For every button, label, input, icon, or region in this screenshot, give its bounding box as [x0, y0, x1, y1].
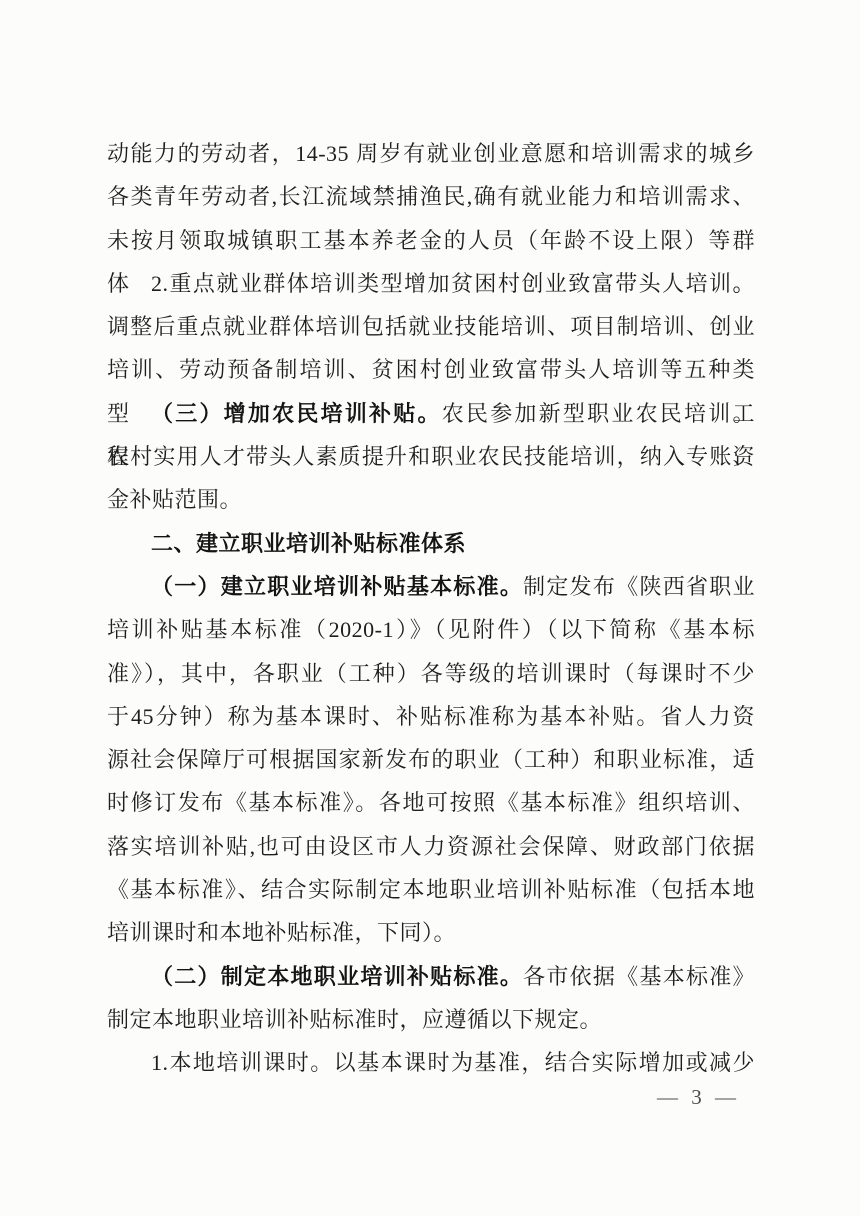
doc-line-13: 准》），其中，各职业（工种）各等级的培训课时（每课时不少 — [107, 652, 755, 695]
doc-line-20: （二）制定本地职业培训补贴标准。各市依据《基本标准》 — [107, 955, 755, 998]
doc-line-4: 2.重点就业群体培训类型增加贫困村创业致富带头人培训。 — [107, 262, 755, 305]
doc-line-7: （三）增加农民培训补贴。农民参加新型职业农民培训工程、 — [107, 392, 755, 435]
doc-line-5: 调整后重点就业群体培训包括就业技能培训、项目制培训、创业 — [107, 305, 755, 348]
doc-line-19: 培训课时和本地补贴标准，下同）。 — [107, 911, 755, 954]
doc-line-17: 落实培训补贴,也可由设区市人力资源社会保障、财政部门依据 — [107, 825, 755, 868]
doc-line-3: 未按月领取城镇职工基本养老金的人员（年龄不设上限）等群体。 — [107, 219, 755, 262]
doc-line-1: 动能力的劳动者，14-35 周岁有就业创业意愿和培训需求的城乡 — [107, 132, 755, 175]
doc-line-22: 1.本地培训课时。以基本课时为基准，结合实际增加或减少 — [107, 1041, 755, 1084]
doc-line-16: 时修订发布《基本标准》。各地可按照《基本标准》组织培训、 — [107, 781, 755, 824]
document-page: 动能力的劳动者，14-35 周岁有就业创业意愿和培训需求的城乡 各类青年劳动者,… — [0, 0, 860, 1216]
doc-line-14: 于45分钟）称为基本课时、补贴标准称为基本补贴。省人力资 — [107, 695, 755, 738]
doc-line-9: 金补贴范围。 — [107, 478, 755, 521]
doc-line-8: 农村实用人才带头人素质提升和职业农民技能培训，纳入专账资 — [107, 435, 755, 478]
doc-line-18: 《基本标准》、结合实际制定本地职业培训补贴标准（包括本地 — [107, 868, 755, 911]
doc-section-heading: 二、建立职业培训补贴标准体系 — [107, 522, 755, 565]
doc-line-12: 培训补贴基本标准（2020-1）》（见附件）（以下简称《基本标 — [107, 608, 755, 651]
doc-line-2: 各类青年劳动者,长江流域禁捕渔民,确有就业能力和培训需求、 — [107, 175, 755, 218]
doc-line-6: 培训、劳动预备制培训、贫困村创业致富带头人培训等五种类型。 — [107, 348, 755, 391]
doc-line-21: 制定本地职业培训补贴标准时，应遵循以下规定。 — [107, 998, 755, 1041]
doc-line-11: （一）建立职业培训补贴基本标准。制定发布《陕西省职业 — [107, 565, 755, 608]
doc-line-15: 源社会保障厅可根据国家新发布的职业（工种）和职业标准，适 — [107, 738, 755, 781]
document-text-block: 动能力的劳动者，14-35 周岁有就业创业意愿和培训需求的城乡 各类青年劳动者,… — [107, 132, 755, 1085]
page-number: — 3 — — [657, 1082, 740, 1112]
